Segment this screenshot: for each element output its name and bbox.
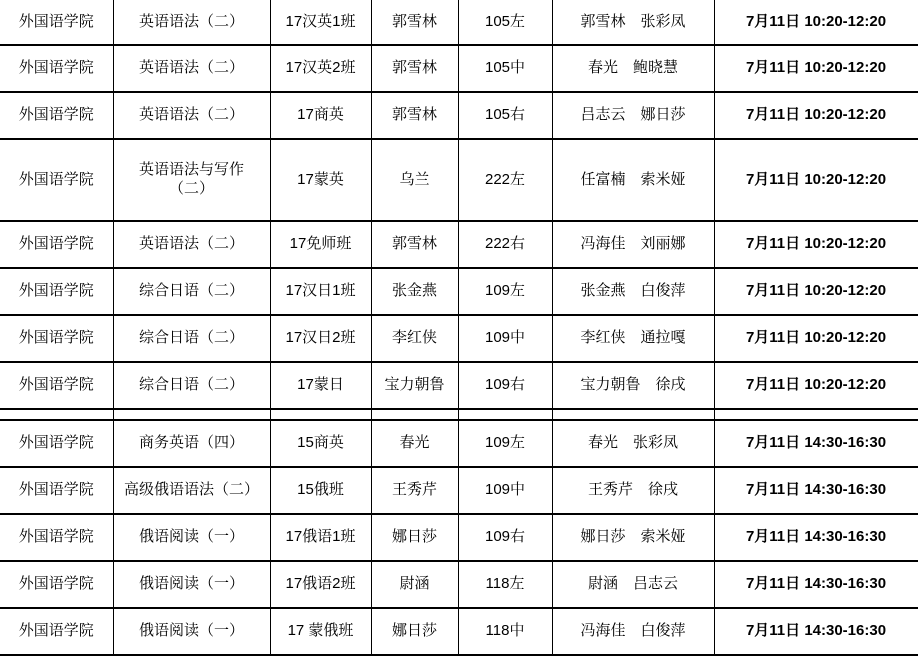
- exam-table-body: 外国语学院英语语法（二）17汉英1班郭雪林105左郭雪林 张彩凤7月11日 10…: [0, 0, 918, 655]
- cell-teacher: 郭雪林: [371, 92, 458, 139]
- cell-course: 俄语阅读（一）: [113, 608, 270, 655]
- cell-college: 外国语学院: [0, 139, 113, 221]
- cell-course: [113, 409, 270, 420]
- cell-college: 外国语学院: [0, 92, 113, 139]
- cell-proctors: 宝力朝鲁 徐戌: [552, 362, 714, 409]
- table-row: 外国语学院综合日语（二）17蒙日宝力朝鲁109右宝力朝鲁 徐戌7月11日 10:…: [0, 362, 918, 409]
- table-row: [0, 409, 918, 420]
- table-row: 外国语学院英语语法（二）17免师班郭雪林222右冯海佳 刘丽娜7月11日 10:…: [0, 221, 918, 268]
- cell-class: 15俄班: [270, 467, 371, 514]
- exam-schedule-table: 外国语学院英语语法（二）17汉英1班郭雪林105左郭雪林 张彩凤7月11日 10…: [0, 0, 918, 656]
- cell-class: 17汉日2班: [270, 315, 371, 362]
- cell-room: 118左: [458, 561, 552, 608]
- cell-teacher: [371, 409, 458, 420]
- cell-proctors: 冯海佳 白俊萍: [552, 608, 714, 655]
- cell-proctors: 任富楠 索米娅: [552, 139, 714, 221]
- cell-exam-time: 7月11日 10:20-12:20: [714, 45, 918, 92]
- cell-college: 外国语学院: [0, 268, 113, 315]
- cell-course: 英语语法（二）: [113, 221, 270, 268]
- cell-exam-time: 7月11日 14:30-16:30: [714, 514, 918, 561]
- table-row: 外国语学院俄语阅读（一）17俄语2班尉涵118左尉涵 吕志云7月11日 14:3…: [0, 561, 918, 608]
- cell-teacher: 乌兰: [371, 139, 458, 221]
- cell-exam-time: 7月11日 10:20-12:20: [714, 0, 918, 45]
- table-row: 外国语学院商务英语（四）15商英春光109左春光 张彩凤7月11日 14:30-…: [0, 420, 918, 467]
- cell-exam-time: 7月11日 10:20-12:20: [714, 268, 918, 315]
- table-row: 外国语学院俄语阅读（一）17俄语1班娜日莎109右娜日莎 索米娅7月11日 14…: [0, 514, 918, 561]
- cell-room: [458, 409, 552, 420]
- table-row: 外国语学院综合日语（二）17汉日2班李红侠109中李红侠 通拉嘎7月11日 10…: [0, 315, 918, 362]
- cell-class: 17商英: [270, 92, 371, 139]
- cell-course: 俄语阅读（一）: [113, 561, 270, 608]
- cell-exam-time: 7月11日 10:20-12:20: [714, 92, 918, 139]
- exam-schedule-page: 外国语学院英语语法（二）17汉英1班郭雪林105左郭雪林 张彩凤7月11日 10…: [0, 0, 918, 656]
- table-row: 外国语学院英语语法与写作 （二）17蒙英乌兰222左任富楠 索米娅7月11日 1…: [0, 139, 918, 221]
- cell-class: 15商英: [270, 420, 371, 467]
- cell-teacher: 宝力朝鲁: [371, 362, 458, 409]
- cell-college: 外国语学院: [0, 467, 113, 514]
- cell-proctors: 吕志云 娜日莎: [552, 92, 714, 139]
- cell-exam-time: 7月11日 10:20-12:20: [714, 362, 918, 409]
- cell-exam-time: 7月11日 14:30-16:30: [714, 608, 918, 655]
- cell-exam-time: 7月11日 14:30-16:30: [714, 561, 918, 608]
- table-row: 外国语学院英语语法（二）17商英郭雪林105右吕志云 娜日莎7月11日 10:2…: [0, 92, 918, 139]
- cell-class: 17汉英1班: [270, 0, 371, 45]
- cell-teacher: 春光: [371, 420, 458, 467]
- cell-teacher: 郭雪林: [371, 45, 458, 92]
- table-row: 外国语学院英语语法（二）17汉英1班郭雪林105左郭雪林 张彩凤7月11日 10…: [0, 0, 918, 45]
- cell-proctors: 郭雪林 张彩凤: [552, 0, 714, 45]
- cell-class: 17蒙日: [270, 362, 371, 409]
- cell-teacher: 娜日莎: [371, 514, 458, 561]
- cell-exam-time: 7月11日 14:30-16:30: [714, 420, 918, 467]
- cell-proctors: 王秀芹 徐戌: [552, 467, 714, 514]
- cell-proctors: 李红侠 通拉嘎: [552, 315, 714, 362]
- cell-room: 222左: [458, 139, 552, 221]
- cell-room: 109右: [458, 514, 552, 561]
- cell-room: 118中: [458, 608, 552, 655]
- cell-teacher: 郭雪林: [371, 221, 458, 268]
- cell-room: 109左: [458, 268, 552, 315]
- table-row: 外国语学院高级俄语语法（二）15俄班王秀芹109中王秀芹 徐戌7月11日 14:…: [0, 467, 918, 514]
- cell-teacher: 张金燕: [371, 268, 458, 315]
- cell-exam-time: [714, 409, 918, 420]
- cell-course: 英语语法（二）: [113, 92, 270, 139]
- cell-room: 105中: [458, 45, 552, 92]
- cell-college: 外国语学院: [0, 45, 113, 92]
- cell-course: 英语语法与写作 （二）: [113, 139, 270, 221]
- cell-proctors: 尉涵 吕志云: [552, 561, 714, 608]
- cell-class: 17汉日1班: [270, 268, 371, 315]
- cell-college: 外国语学院: [0, 221, 113, 268]
- cell-course: 英语语法（二）: [113, 0, 270, 45]
- cell-class: 17 蒙俄班: [270, 608, 371, 655]
- cell-proctors: 张金燕 白俊萍: [552, 268, 714, 315]
- cell-teacher: 李红侠: [371, 315, 458, 362]
- cell-exam-time: 7月11日 10:20-12:20: [714, 139, 918, 221]
- cell-class: 17免师班: [270, 221, 371, 268]
- cell-course: 英语语法（二）: [113, 45, 270, 92]
- cell-course: 商务英语（四）: [113, 420, 270, 467]
- cell-class: [270, 409, 371, 420]
- cell-room: 109右: [458, 362, 552, 409]
- cell-college: 外国语学院: [0, 362, 113, 409]
- cell-course: 高级俄语语法（二）: [113, 467, 270, 514]
- cell-exam-time: 7月11日 10:20-12:20: [714, 315, 918, 362]
- cell-room: 222右: [458, 221, 552, 268]
- table-row: 外国语学院英语语法（二）17汉英2班郭雪林105中春光 鲍晓慧7月11日 10:…: [0, 45, 918, 92]
- cell-exam-time: 7月11日 10:20-12:20: [714, 221, 918, 268]
- cell-proctors: 冯海佳 刘丽娜: [552, 221, 714, 268]
- cell-room: 109左: [458, 420, 552, 467]
- cell-teacher: 王秀芹: [371, 467, 458, 514]
- cell-college: 外国语学院: [0, 514, 113, 561]
- cell-teacher: 尉涵: [371, 561, 458, 608]
- cell-college: [0, 409, 113, 420]
- cell-class: 17蒙英: [270, 139, 371, 221]
- cell-teacher: 郭雪林: [371, 0, 458, 45]
- cell-class: 17汉英2班: [270, 45, 371, 92]
- table-row: 外国语学院俄语阅读（一）17 蒙俄班娜日莎118中冯海佳 白俊萍7月11日 14…: [0, 608, 918, 655]
- cell-course: 俄语阅读（一）: [113, 514, 270, 561]
- cell-proctors: 春光 张彩凤: [552, 420, 714, 467]
- cell-proctors: 娜日莎 索米娅: [552, 514, 714, 561]
- table-row: 外国语学院综合日语（二）17汉日1班张金燕109左张金燕 白俊萍7月11日 10…: [0, 268, 918, 315]
- cell-exam-time: 7月11日 14:30-16:30: [714, 467, 918, 514]
- cell-college: 外国语学院: [0, 608, 113, 655]
- cell-college: 外国语学院: [0, 315, 113, 362]
- cell-college: 外国语学院: [0, 420, 113, 467]
- cell-proctors: 春光 鲍晓慧: [552, 45, 714, 92]
- cell-college: 外国语学院: [0, 561, 113, 608]
- cell-course: 综合日语（二）: [113, 268, 270, 315]
- cell-room: 105右: [458, 92, 552, 139]
- cell-class: 17俄语1班: [270, 514, 371, 561]
- cell-room: 105左: [458, 0, 552, 45]
- cell-proctors: [552, 409, 714, 420]
- cell-course: 综合日语（二）: [113, 315, 270, 362]
- cell-room: 109中: [458, 467, 552, 514]
- cell-class: 17俄语2班: [270, 561, 371, 608]
- cell-teacher: 娜日莎: [371, 608, 458, 655]
- cell-college: 外国语学院: [0, 0, 113, 45]
- cell-room: 109中: [458, 315, 552, 362]
- cell-course: 综合日语（二）: [113, 362, 270, 409]
